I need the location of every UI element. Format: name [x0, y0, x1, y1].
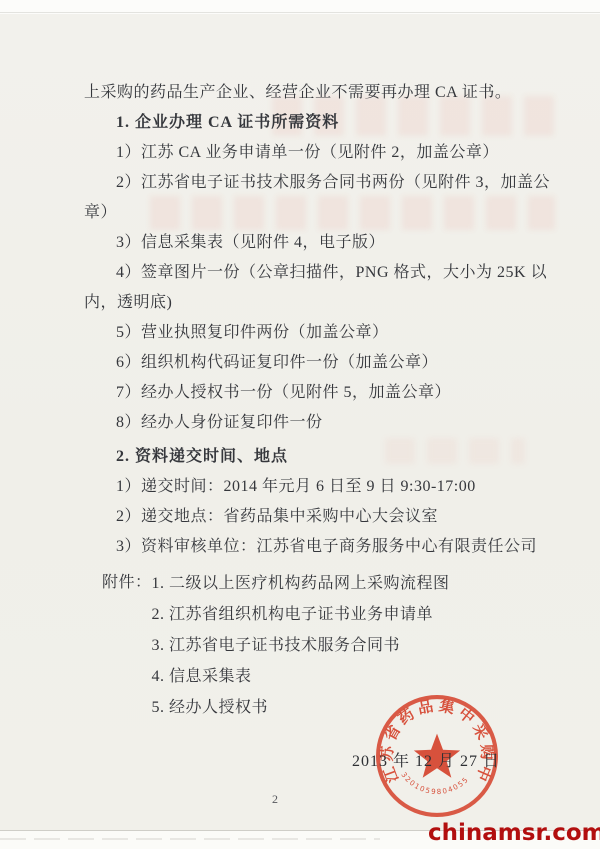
attachment-item: 2. 江苏省组织机构电子证书业务申请单 — [152, 599, 558, 630]
seal-serial-number: 3201059804055 — [399, 770, 470, 796]
list-item: 1）递交时间：2014 年元月 6 日至 9 日 9:30-17:00 — [84, 472, 558, 502]
list-item: 6）组织机构代码证复印件一份（加盖公章） — [84, 348, 558, 378]
scan-edge-line — [0, 12, 600, 13]
site-watermark: chinamsr.com — [428, 820, 600, 846]
attachments-label: 附件： — [84, 568, 152, 723]
attachment-item: 4. 信息采集表 — [152, 661, 558, 692]
page-number: 2 — [272, 792, 278, 807]
svg-text:3201059804055: 3201059804055 — [399, 770, 470, 796]
list-item: 1）江苏 CA 业务申请单一份（见附件 2，加盖公章） — [84, 138, 558, 168]
scan-edge-shadow — [0, 838, 380, 840]
list-item: 3）信息采集表（见附件 4，电子版） — [84, 228, 558, 258]
list-item: 3）资料审核单位：江苏省电子商务服务中心有限责任公司 — [84, 532, 558, 562]
document-date: 2013 年 12 月 27 日 — [352, 748, 500, 771]
section2-heading: 2. 资料递交时间、地点 — [84, 442, 558, 472]
list-item: 2）江苏省电子证书技术服务合同书两份（见附件 3，加盖公章） — [84, 168, 558, 228]
section1-heading: 1. 企业办理 CA 证书所需资料 — [84, 108, 558, 138]
list-item: 4）签章图片一份（公章扫描件，PNG 格式，大小为 25K 以内，透明底) — [84, 258, 558, 318]
list-item: 7）经办人授权书一份（见附件 5，加盖公章） — [84, 378, 558, 408]
intro-line: 上采购的药品生产企业、经营企业不需要再办理 CA 证书。 — [84, 78, 558, 108]
list-item: 8）经办人身份证复印件一份 — [84, 408, 558, 438]
list-item: 5）营业执照复印件两份（加盖公章） — [84, 318, 558, 348]
document-text-block: 上采购的药品生产企业、经营企业不需要再办理 CA 证书。 1. 企业办理 CA … — [84, 78, 558, 723]
attachment-item: 3. 江苏省电子证书技术服务合同书 — [152, 630, 558, 661]
attachment-item: 1. 二级以上医疗机构药品网上采购流程图 — [152, 568, 558, 599]
list-item: 2）递交地点：省药品集中采购中心大会议室 — [84, 502, 558, 532]
